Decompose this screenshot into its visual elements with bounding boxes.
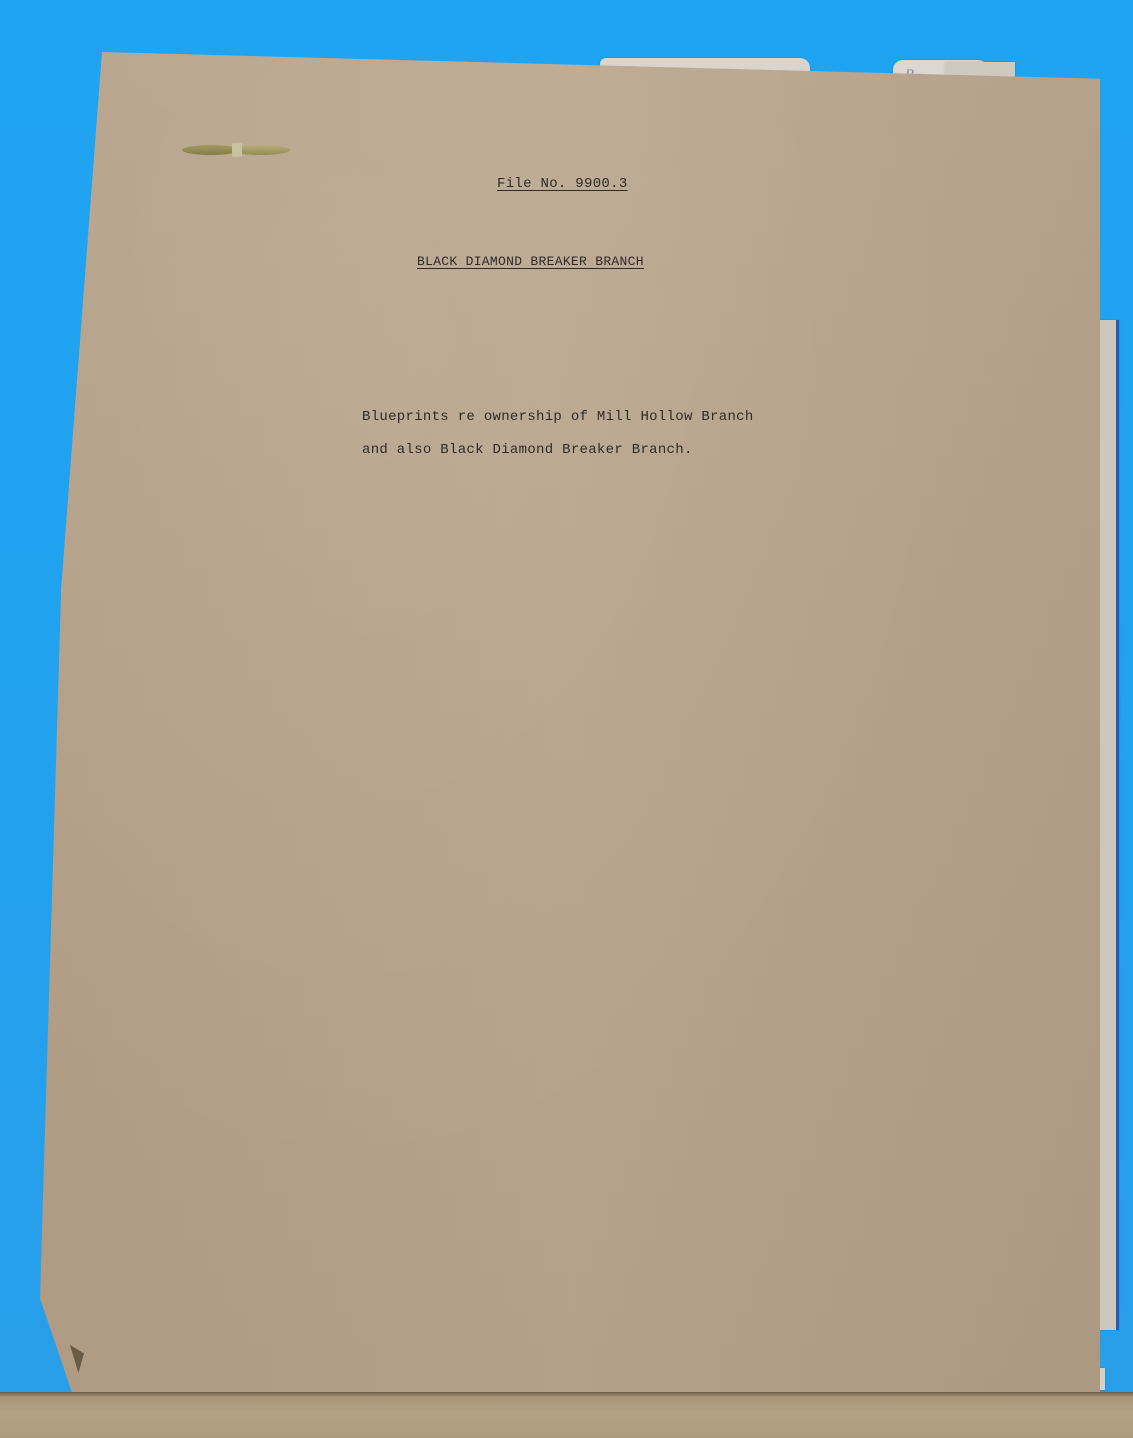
file-folder-cover: [40, 52, 1100, 1392]
file-number: File No. 9900.3: [497, 176, 628, 192]
shelf-surface: [0, 1392, 1133, 1438]
body-text-line: Blueprints re ownership of Mill Hollow B…: [362, 409, 754, 425]
body-text-line: and also Black Diamond Breaker Branch.: [362, 442, 693, 458]
fastener-center: [232, 143, 242, 157]
document-title: BLACK DIAMOND BREAKER BRANCH: [417, 254, 644, 269]
photo-scene: Bra..ll P File No. 9900.3 BLACK DIAMOND …: [0, 0, 1133, 1438]
paper-fastener-icon: [182, 143, 290, 157]
